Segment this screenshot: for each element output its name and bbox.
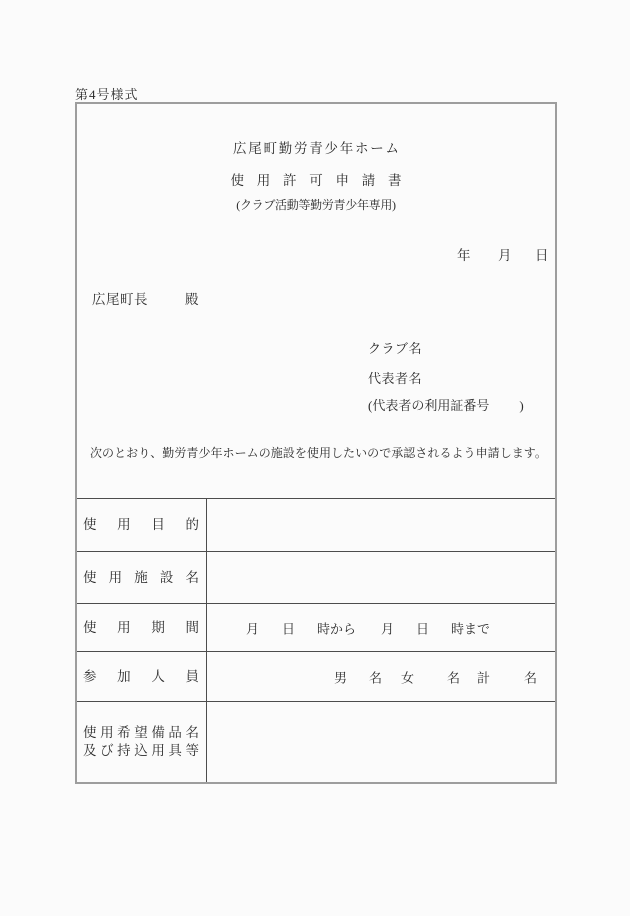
period-start-day-label: 日 bbox=[282, 618, 295, 637]
participants-total-count-label: 名 bbox=[524, 667, 537, 686]
row-label-purpose: 使用目的 bbox=[83, 516, 199, 534]
card-number-label-line: (代表者の利用証番号) bbox=[368, 395, 524, 414]
document-page: 第4号様式 広尾町勤労青少年ホーム 使用許可申請書 (クラブ活動等勤労青少年専用… bbox=[0, 0, 630, 916]
participants-male-label: 男 bbox=[334, 667, 347, 686]
form-number-label: 第4号様式 bbox=[75, 84, 139, 103]
statement-text: 次のとおり、勤労青少年ホームの施設を使用したいので承認されるよう申請します。 bbox=[90, 444, 547, 461]
card-number-close-paren: ) bbox=[519, 398, 523, 413]
row-value-period: 月 日 時から 月 日 時まで bbox=[207, 604, 555, 651]
participants-male-count-label: 名 bbox=[369, 667, 382, 686]
period-end-hour-label: 時まで bbox=[451, 618, 490, 637]
addressee-honorific: 殿 bbox=[185, 292, 199, 307]
period-end-day-label: 日 bbox=[416, 618, 429, 637]
date-month-label: 月 bbox=[498, 244, 512, 264]
addressee-name: 広尾町長 bbox=[92, 292, 148, 307]
addressee-line: 広尾町長殿 bbox=[92, 288, 199, 308]
application-form-box: 広尾町勤労青少年ホーム 使用許可申請書 (クラブ活動等勤労青少年専用) 年 月 … bbox=[75, 102, 557, 784]
row-label-cell: 使用希望備品名 及び持込用具等 bbox=[77, 702, 207, 782]
row-label-cell: 使用期間 bbox=[77, 604, 207, 651]
representative-name-label: 代表者名 bbox=[368, 368, 422, 387]
club-name-label: クラブ名 bbox=[368, 338, 422, 357]
row-value-equipment bbox=[207, 702, 555, 782]
usage-table: 使用目的 使用施設名 使用期間 月 日 時から 月 日 bbox=[77, 498, 555, 782]
row-label-participants: 参加人員 bbox=[83, 668, 199, 686]
participants-total-label: 計 bbox=[477, 667, 490, 686]
participants-female-label: 女 bbox=[401, 667, 414, 686]
form-title: 広尾町勤労青少年ホーム bbox=[233, 137, 399, 157]
row-value-facility bbox=[207, 552, 555, 603]
row-value-purpose bbox=[207, 499, 555, 551]
participants-female-count-label: 名 bbox=[447, 667, 460, 686]
form-note: (クラブ活動等勤労青少年専用) bbox=[236, 196, 396, 213]
table-row-period: 使用期間 月 日 時から 月 日 時まで bbox=[77, 603, 555, 651]
period-start-hour-label: 時から bbox=[317, 618, 356, 637]
row-label-period: 使用期間 bbox=[83, 619, 199, 637]
date-year-label: 年 bbox=[457, 244, 471, 264]
table-row-participants: 参加人員 男 名 女 名 計 名 bbox=[77, 651, 555, 701]
row-label-facility: 使用施設名 bbox=[83, 569, 199, 587]
table-row-equipment: 使用希望備品名 及び持込用具等 bbox=[77, 701, 555, 782]
row-label-cell: 使用目的 bbox=[77, 499, 207, 551]
period-end-month-label: 月 bbox=[381, 618, 394, 637]
row-label-equipment-line2: 及び持込用具等 bbox=[83, 742, 199, 760]
row-label-cell: 参加人員 bbox=[77, 652, 207, 701]
row-label-equipment-line1: 使用希望備品名 bbox=[83, 724, 199, 742]
table-row-purpose: 使用目的 bbox=[77, 499, 555, 551]
row-label-cell: 使用施設名 bbox=[77, 552, 207, 603]
form-subtitle: 使用許可申請書 bbox=[231, 169, 402, 189]
date-day-label: 日 bbox=[535, 244, 549, 264]
card-number-label: (代表者の利用証番号 bbox=[368, 398, 489, 413]
table-row-facility: 使用施設名 bbox=[77, 551, 555, 603]
row-value-participants: 男 名 女 名 計 名 bbox=[207, 652, 555, 701]
period-start-month-label: 月 bbox=[246, 618, 259, 637]
